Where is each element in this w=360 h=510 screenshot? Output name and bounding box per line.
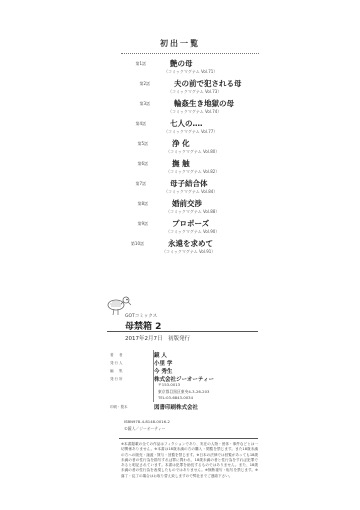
chapter-source: （コミックマグナム Vol.82） [166, 169, 219, 175]
credit-value: 鏡 人 [154, 351, 167, 359]
credit-publisher-person: 発行人 小里 学 [110, 359, 270, 367]
credit-value: 今 秀生 [154, 367, 172, 375]
toc-item: 第2話夫の前で犯される母（コミックマグナム Vol.73） [0, 78, 360, 98]
credit-editor: 編 集 今 秀生 [110, 367, 270, 375]
disclaimer-text: ※本書掲載の全ての作品はフィクションであり、実在の人物・団体・事件などとは一切関… [121, 442, 258, 479]
chapter-title: 夫の前で犯される母 [174, 78, 242, 89]
toc-item: 第5話浄 化（コミックマグナム Vol.80） [0, 138, 360, 158]
chapter-source: （コミックマグナム Vol.90） [166, 229, 219, 235]
credit-value: 小里 学 [154, 359, 172, 367]
toc-item: 第8話婚前交渉（コミックマグナム Vol.88） [0, 198, 360, 218]
chapter-number: 第9話 [108, 221, 148, 227]
toc-item: 第6話撫 触（コミックマグナム Vol.82） [0, 158, 360, 178]
printer-name: 図書印刷株式会社 [154, 403, 198, 411]
chapter-number: 第2話 [110, 81, 150, 87]
toc-item: 第10話永遠を求めて（コミックマグナム Vol.91） [0, 238, 360, 258]
credits-divider [153, 350, 154, 402]
chapter-title: 浄 化 [172, 138, 190, 149]
credit-role: 著 者 [110, 353, 150, 358]
chapter-title: 撫 触 [172, 158, 190, 169]
toc-item: 第1話艶の母（コミックマグナム Vol.71） [0, 58, 360, 78]
phone-number: TEL:03-6843-0034 [158, 395, 193, 400]
chapter-source: （コミックマグナム Vol.73） [168, 89, 221, 95]
chapter-title: 永遠を求めて [168, 238, 213, 249]
postal-code-line: 〒153-0013 [158, 382, 180, 388]
credit-author: 著 者 鏡 人 [110, 351, 270, 359]
chapter-number: 第7話 [106, 181, 146, 187]
dotted-divider [121, 53, 259, 54]
chapter-source: （コミックマグナム Vol.71） [164, 69, 217, 75]
chapter-source: （コミックマグナム Vol.84） [164, 189, 217, 195]
chapter-title: 母子結合体 [170, 178, 208, 189]
chapter-number: 第3話 [110, 101, 150, 107]
credits-block: 著 者 鏡 人 発行人 小里 学 編 集 今 秀生 発行所 株式会社ジーオーティ… [110, 351, 270, 383]
chapter-number: 第5話 [108, 141, 148, 147]
toc-item: 第9話プロポーズ（コミックマグナム Vol.90） [0, 218, 360, 238]
isbn: ISBN978-4-8148-0016-2 [124, 419, 170, 424]
credit-role: 発行所 [110, 377, 150, 382]
chapter-source: （コミックマグナム Vol.88） [166, 209, 219, 215]
publication-date: 2017年2月7日 初版発行 [125, 334, 190, 342]
chapter-number: 第6話 [108, 161, 148, 167]
chapter-title: 七人の‥‥ [170, 118, 203, 129]
copyright: ©鏡人／ジーオーティー [124, 426, 165, 432]
chapter-number: 第1話 [106, 61, 146, 67]
credit-role: 発行人 [110, 361, 150, 366]
printer-role: 印刷・製本 [110, 405, 128, 410]
toc-item: 第7話母子結合体（コミックマグナム Vol.84） [0, 178, 360, 198]
disclaimer-divider [119, 438, 258, 439]
toc-item: 第3話輪姦生き地獄の母（コミックマグナム Vol.74） [0, 98, 360, 118]
chapter-number: 第10話 [104, 241, 144, 247]
chapter-title: 輪姦生き地獄の母 [174, 98, 234, 109]
chapter-number: 第8話 [108, 201, 148, 207]
chapter-number: 第4話 [106, 121, 146, 127]
credit-role: 編 集 [110, 369, 150, 374]
chapter-source: （コミックマグナム Vol.91） [162, 249, 215, 255]
chapter-title: 艶の母 [170, 58, 193, 69]
chapter-source: （コミックマグナム Vol.74） [168, 109, 221, 115]
chapter-source: （コミックマグナム Vol.80） [166, 149, 219, 155]
chapter-source: （コミックマグナム Vol.77） [164, 129, 217, 135]
title-divider [107, 331, 258, 332]
credit-publisher-company: 発行所 株式会社ジーオーティー [110, 375, 270, 383]
toc-item: 第4話七人の‥‥（コミックマグナム Vol.77） [0, 118, 360, 138]
toc-title: 初出一覧 [0, 38, 360, 49]
chapter-title: プロポーズ [172, 218, 209, 229]
chapter-title: 婚前交渉 [172, 198, 202, 209]
